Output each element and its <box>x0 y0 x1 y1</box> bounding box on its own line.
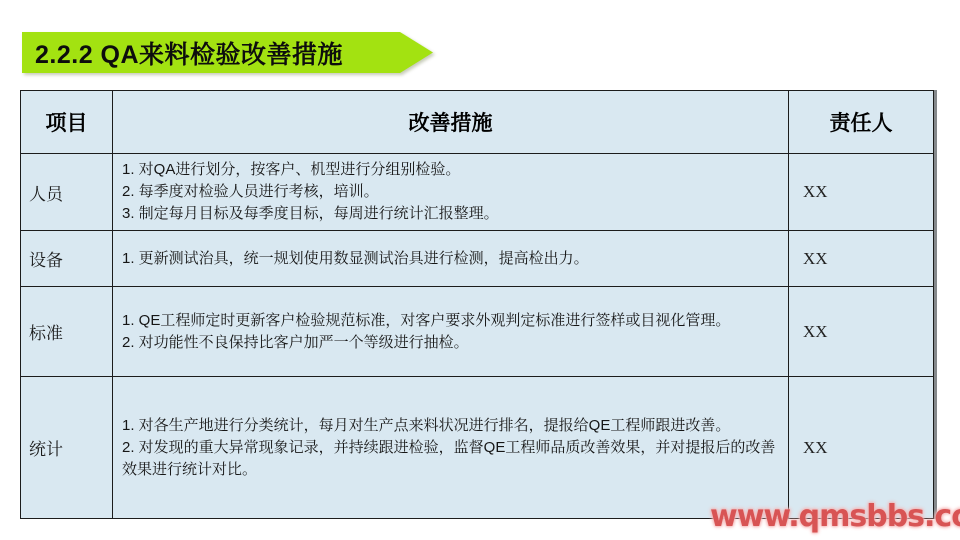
item-label: 统计 <box>21 377 113 519</box>
owner-value: XX <box>789 231 934 287</box>
column-header-item: 项目 <box>21 91 113 154</box>
item-label: 标准 <box>21 287 113 377</box>
title-arrow-shape: 2.2.2 QA来料检验改善措施 <box>22 32 433 73</box>
measures-cell: 1. 对各生产地进行分类统计，每月对生产点来料状况进行排名，提报给QE工程师跟进… <box>113 377 789 519</box>
measure-line: 2. 对功能性不良保持比客户加严一个等级进行抽检。 <box>122 332 776 354</box>
measures-cell: 1. QE工程师定时更新客户检验规范标准，对客户要求外观判定标准进行签样或目视化… <box>113 287 789 377</box>
measure-line: 2. 每季度对检验人员进行考核，培训。 <box>122 181 776 203</box>
measures-cell: 1. 更新测试治具，统一规划使用数显测试治具进行检测，提高检出力。 <box>113 231 789 287</box>
owner-value: XX <box>789 287 934 377</box>
item-label: 设备 <box>21 231 113 287</box>
slide: 2.2.2 QA来料检验改善措施 项目 改善措施 责任人 人员 1. 对QA进行… <box>0 0 960 540</box>
owner-value: XX <box>789 154 934 231</box>
watermark: www.qmsbbs.com <box>710 499 960 534</box>
measures-cell: 1. 对QA进行划分，按客户、机型进行分组别检验。 2. 每季度对检验人员进行考… <box>113 154 789 231</box>
table-row: 统计 1. 对各生产地进行分类统计，每月对生产点来料状况进行排名，提报给QE工程… <box>21 377 934 519</box>
measure-line: 1. QE工程师定时更新客户检验规范标准，对客户要求外观判定标准进行签样或目视化… <box>122 310 776 332</box>
measure-line: 3. 制定每月目标及每季度目标，每周进行统计汇报整理。 <box>122 203 776 225</box>
table-row: 设备 1. 更新测试治具，统一规划使用数显测试治具进行检测，提高检出力。 XX <box>21 231 934 287</box>
title-banner: 2.2.2 QA来料检验改善措施 <box>22 32 433 73</box>
item-label: 人员 <box>21 154 113 231</box>
page-title: 2.2.2 QA来料检验改善措施 <box>22 35 343 71</box>
column-header-owner: 责任人 <box>789 91 934 154</box>
table-row: 标准 1. QE工程师定时更新客户检验规范标准，对客户要求外观判定标准进行签样或… <box>21 287 934 377</box>
measure-line: 1. 对各生产地进行分类统计，每月对生产点来料状况进行排名，提报给QE工程师跟进… <box>122 415 776 437</box>
table-header-row: 项目 改善措施 责任人 <box>21 91 934 154</box>
owner-value: XX <box>789 377 934 519</box>
measure-line: 1. 更新测试治具，统一规划使用数显测试治具进行检测，提高检出力。 <box>122 248 776 270</box>
table-row: 人员 1. 对QA进行划分，按客户、机型进行分组别检验。 2. 每季度对检验人员… <box>21 154 934 231</box>
improvement-table: 项目 改善措施 责任人 人员 1. 对QA进行划分，按客户、机型进行分组别检验。… <box>20 90 934 519</box>
column-header-measures: 改善措施 <box>113 91 789 154</box>
measure-line: 2. 对发现的重大异常现象记录，并持续跟进检验，监督QE工程师品质改善效果，并对… <box>122 437 776 481</box>
measure-line: 1. 对QA进行划分，按客户、机型进行分组别检验。 <box>122 159 776 181</box>
